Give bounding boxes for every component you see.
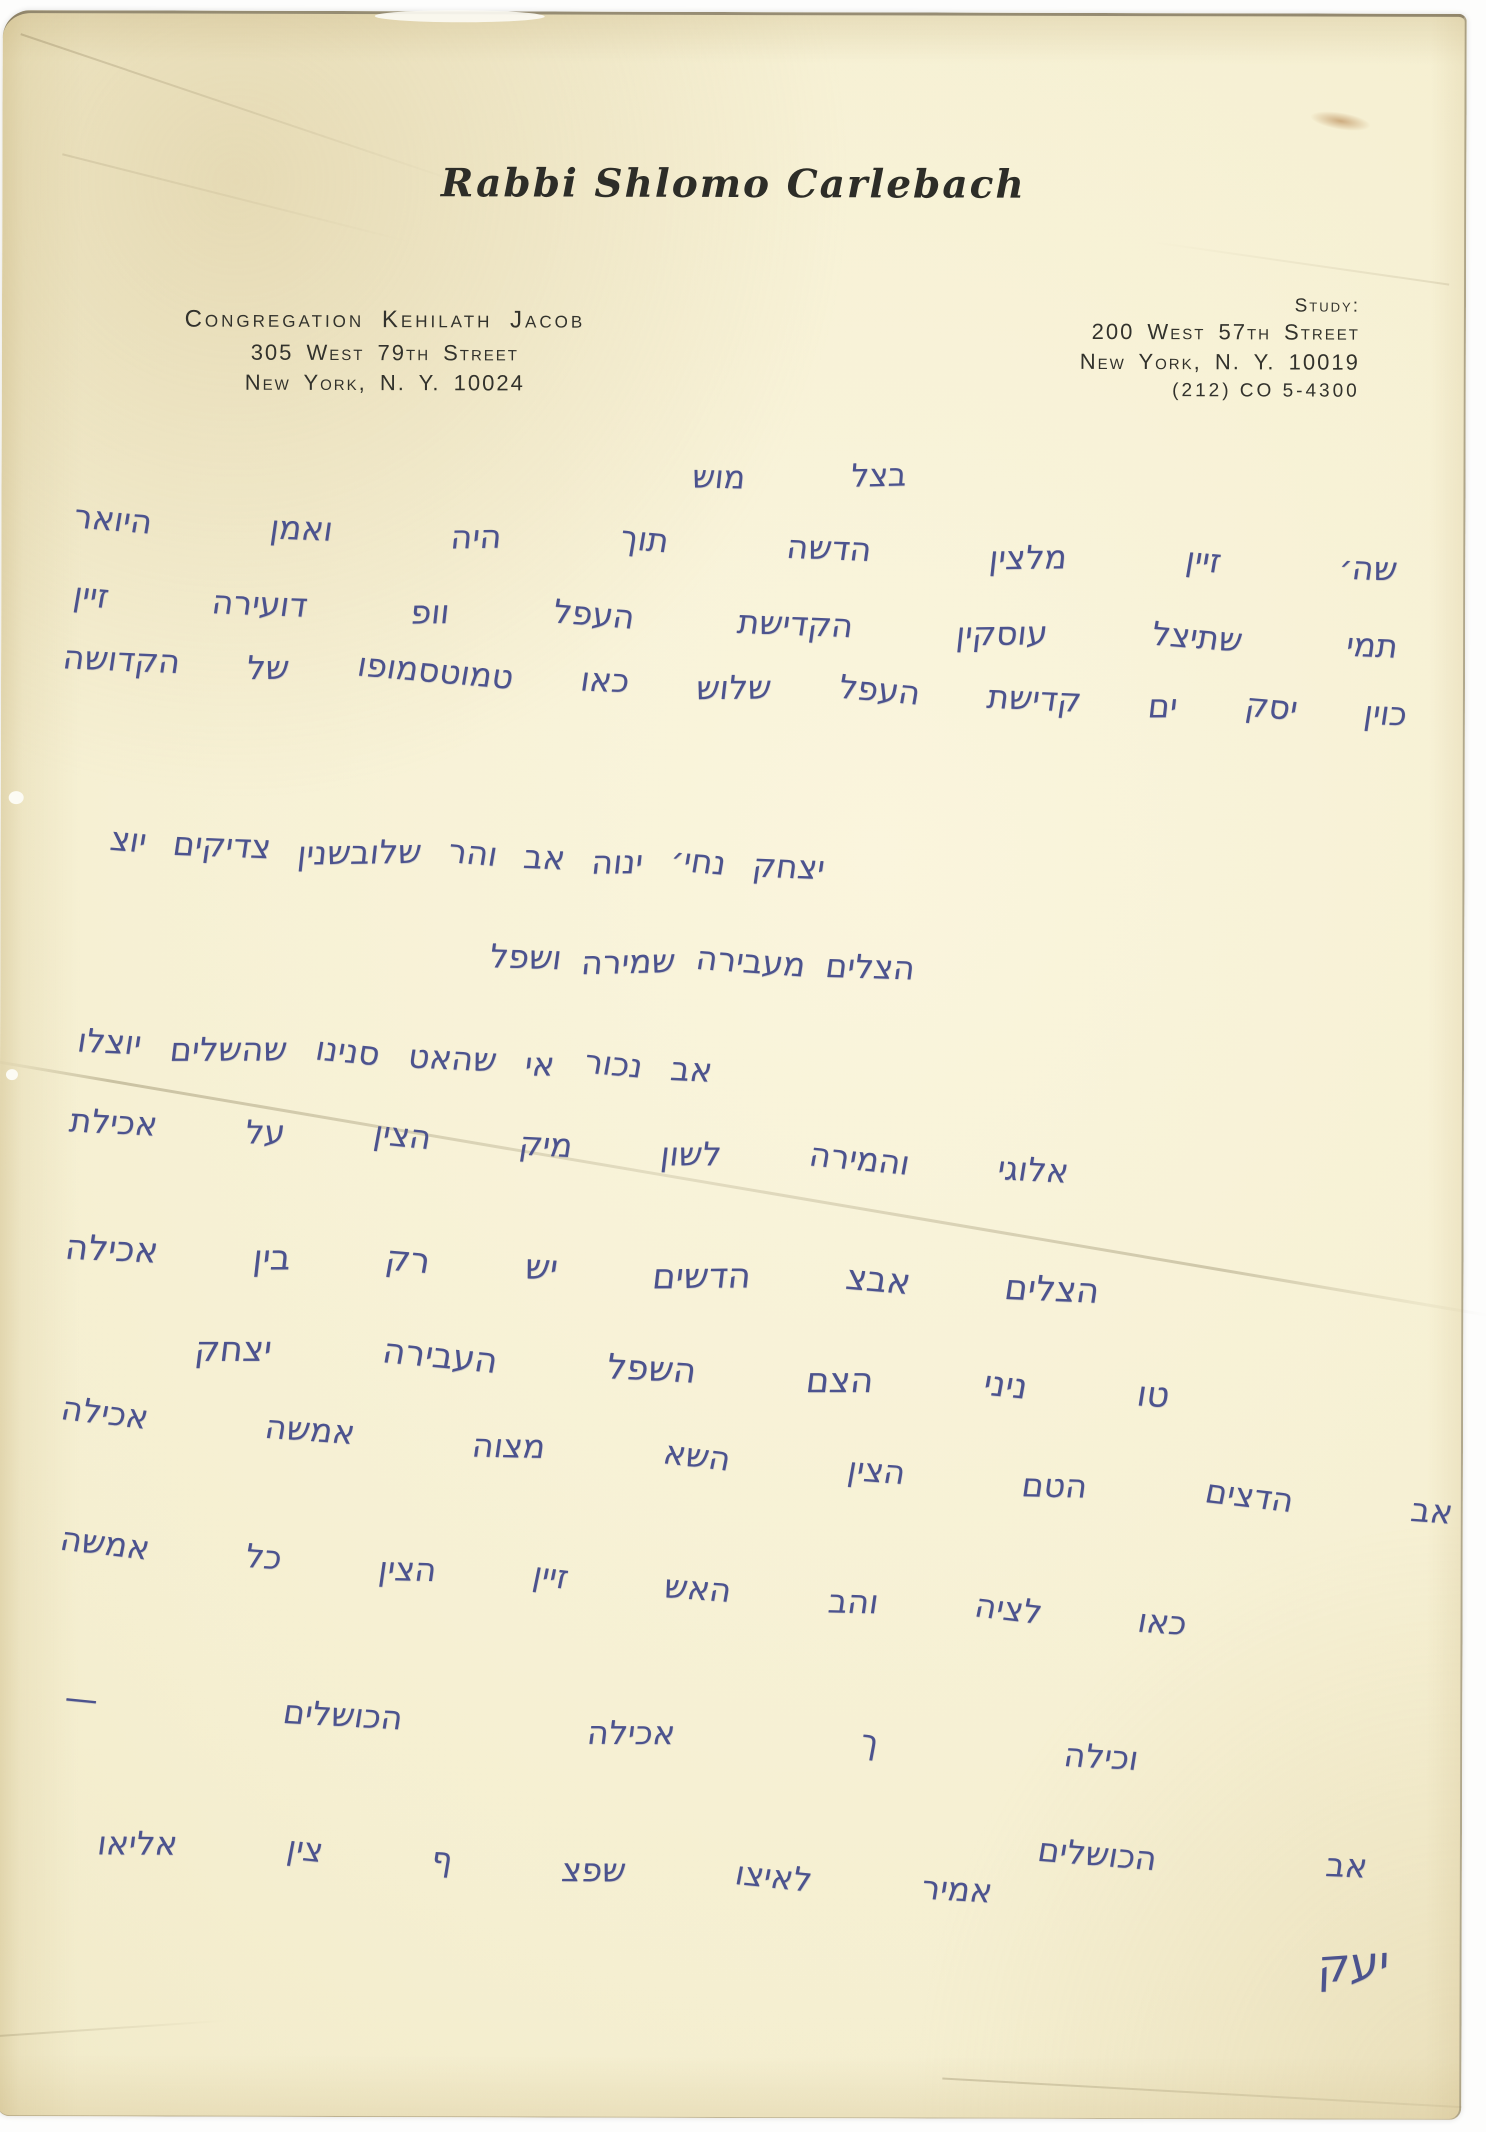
handwritten-line: יעק [1273, 1935, 1391, 1997]
handwritten-word: מוש [690, 457, 747, 496]
handwritten-word: — [62, 1677, 102, 1719]
study-street: 200 West 57th Street [940, 317, 1360, 348]
handwritten-word: אמיר [918, 1868, 995, 1911]
handwritten-word: אב [1323, 1845, 1370, 1885]
handwritten-word: על [243, 1113, 287, 1152]
handwritten-word: יצחק [192, 1330, 274, 1370]
paper-fleck [6, 1069, 18, 1080]
handwritten-word: העבירה [379, 1331, 501, 1382]
handwritten-word: צין [284, 1828, 327, 1870]
handwritten-word: בין [250, 1238, 292, 1278]
handwritten-word: השפל [604, 1347, 700, 1391]
scan-background: Rabbi Shlomo Carlebach Congregation Kehi… [0, 0, 1486, 2132]
handwritten-word: בצל [850, 455, 909, 494]
handwritten-word: וכילה [1061, 1735, 1141, 1778]
handwritten-word: העפל [836, 667, 924, 713]
handwritten-word: דועירה [209, 582, 310, 624]
handwritten-word: נחי׳ [667, 839, 729, 882]
handwritten-word: רק [383, 1239, 434, 1283]
handwritten-word: לציה [972, 1586, 1046, 1632]
letterhead-study-address: Study: 200 West 57th Street New York, N.… [940, 294, 1360, 406]
handwritten-word: יוצ [108, 819, 150, 861]
handwritten-word: הצין [376, 1549, 439, 1589]
handwritten-word: השא [660, 1432, 734, 1478]
handwritten-word: יצחק [750, 846, 827, 888]
handwritten-word: כאו [1135, 1601, 1190, 1643]
handwritten-word: הדשים [650, 1257, 753, 1298]
letterhead-congregation-address: Congregation Kehilath Jacob 305 West 79t… [130, 305, 640, 398]
letterhead: Rabbi Shlomo Carlebach Congregation Kehi… [3, 13, 1465, 17]
handwritten-word: הצם [804, 1361, 876, 1401]
handwritten-word: הדשה [784, 527, 874, 569]
handwritten-word: ינוה [590, 842, 646, 882]
handwritten-word: צדיקים [170, 824, 273, 866]
handwritten-word: שלוש [694, 668, 773, 707]
handwritten-word: הכושלים [280, 1692, 405, 1737]
handwritten-word: אב [521, 837, 568, 877]
phone-number: (212) CO 5-4300 [940, 377, 1360, 406]
congregation-street: 305 West 79th Street [130, 337, 640, 368]
handwritten-word: העפל [550, 591, 638, 636]
handwritten-line: שה׳זייןמלציןהדשהתוךהיהואמןהיואר [73, 500, 1399, 589]
handwritten-word: ים [1146, 686, 1180, 725]
handwritten-word: הצלים [1002, 1268, 1102, 1312]
handwritten-word: הדצים [1202, 1471, 1297, 1520]
letter-paper: Rabbi Shlomo Carlebach Congregation Kehi… [0, 10, 1467, 2120]
handwritten-word: שמירה [580, 941, 678, 982]
handwritten-line: כאולציהוהבהאשזייןהציןכלאמשה [59, 1522, 1189, 1643]
handwritten-word: מלצין [987, 537, 1069, 577]
handwritten-word: קדישת [984, 677, 1084, 720]
handwritten-line: אבנכוראישהאטסנינושהשליםיוצלו [77, 1020, 713, 1089]
handwritten-word: יש [522, 1247, 561, 1288]
handwritten-word: יוצלו [75, 1021, 145, 1063]
handwritten-word: זיין [71, 574, 113, 616]
bottom-crease [942, 2078, 1461, 2109]
paper-fleck [9, 791, 24, 804]
handwritten-word: נכור [581, 1042, 646, 1086]
handwritten-word: תוך [617, 518, 672, 561]
handwritten-word: ניני [980, 1364, 1031, 1408]
handwritten-word: אמשה [57, 1519, 153, 1568]
handwritten-word: כאו [578, 659, 632, 700]
handwritten-word: זיין [530, 1554, 573, 1597]
handwritten-line: טוניניהצםהשפלהעבירהיצחק [194, 1326, 1170, 1416]
handwritten-word: טו [1134, 1375, 1172, 1416]
handwritten-word: עוסקין [955, 613, 1051, 653]
handwritten-line: אלוגיוהמירהלשוןמיקהציןעלאכילת [69, 1100, 1070, 1190]
study-city: New York, N. Y. 10019 [940, 347, 1360, 378]
handwritten-word: אב [668, 1049, 715, 1090]
handwritten-line: הצליםאבצהדשיםישרקביןאכילה [65, 1228, 1101, 1312]
handwritten-word: אמשה [263, 1407, 359, 1452]
handwritten-word: שפצ [560, 1850, 629, 1889]
handwritten-word: והר [445, 831, 500, 874]
handwritten-word: האש [662, 1566, 736, 1609]
bottom-crease [0, 2020, 227, 2037]
handwritten-word: יסק [1242, 685, 1301, 728]
handwritten-word: מעבירה [693, 938, 808, 985]
handwritten-word: הטם [1020, 1466, 1091, 1506]
handwritten-line: אבהכושלים [1037, 1834, 1368, 1885]
handwritten-word: הצין [371, 1113, 435, 1157]
handwritten-word: ואמן [268, 508, 336, 549]
handwritten-word: שה׳ [1336, 548, 1400, 589]
handwritten-word: והב [825, 1582, 881, 1622]
handwritten-word: יעק [1317, 1935, 1391, 1994]
handwritten-word: היה [449, 517, 504, 557]
congregation-city: New York, N. Y. 10024 [130, 367, 640, 398]
handwritten-word: והמירה [806, 1135, 913, 1183]
handwritten-word: מצוה [470, 1426, 549, 1466]
handwritten-word: אכילה [585, 1713, 678, 1752]
handwritten-word: שהשלים [167, 1030, 289, 1069]
handwritten-word: כוין [1361, 693, 1410, 734]
handwritten-word: אליאו [95, 1824, 180, 1863]
handwritten-word: אלוגי [995, 1148, 1072, 1190]
handwritten-word: הצין [844, 1449, 908, 1492]
study-label: Study: [940, 294, 1360, 318]
handwritten-word: אכילה [63, 1228, 161, 1272]
handwritten-word: כל [243, 1536, 286, 1577]
handwritten-word: ושפל [487, 936, 564, 977]
handwritten-word: מיק [516, 1124, 575, 1165]
handwritten-word: שתיצל [1149, 614, 1246, 660]
congregation-name: Congregation Kehilath Jacob [130, 305, 640, 334]
handwritten-word: תמי [1343, 625, 1400, 666]
edge-tear [375, 10, 545, 22]
handwritten-word: הכושלים [1035, 1830, 1160, 1878]
handwritten-word: אכילת [67, 1101, 160, 1144]
stain-mark [1310, 108, 1372, 134]
handwritten-word: שהאט [405, 1036, 499, 1079]
handwritten-word: אבצ [843, 1258, 914, 1303]
handwritten-word: וופ [408, 592, 451, 631]
handwritten-word: ף [429, 1839, 456, 1879]
handwritten-word: אי [523, 1045, 557, 1084]
handwritten-word: אכילה [58, 1388, 152, 1437]
handwritten-word: זיין [1183, 539, 1225, 581]
handwritten-line: וכילהךאכילההכושלים— [64, 1680, 1140, 1778]
letterhead-name: Rabbi Shlomo Carlebach [2, 159, 1464, 209]
handwritten-line: יצחקנחי׳ינוהאבוהרשלובשניןצדיקיםיוצ [110, 821, 826, 887]
handwritten-word: הקדישת [735, 602, 856, 645]
handwritten-word: לאיצו [732, 1853, 815, 1899]
handwritten-word: סנינו [313, 1029, 384, 1074]
handwritten-line: בצלמוש [692, 455, 908, 498]
handwritten-word: טמוטסמופו [354, 645, 516, 697]
handwritten-line: אבהדציםהטםהציןהשאמצוהאמשהאכילה [60, 1392, 1454, 1532]
handwritten-word: אב [1408, 1490, 1456, 1532]
handwritten-word: היואר [71, 496, 156, 541]
handwritten-body: בצלמוששה׳זייןמלציןהדשהתוךהיהואמןהיוארתמי… [3, 13, 1465, 17]
handwritten-word: של [245, 648, 292, 687]
handwritten-word: ך [858, 1722, 883, 1762]
handwritten-word: לשון [658, 1134, 723, 1173]
handwritten-word: הקדושה [61, 637, 184, 681]
handwritten-word: הצלים [823, 946, 917, 987]
handwritten-line: הצליםמעבירהשמירהושפל [489, 936, 915, 987]
handwritten-line: אמירלאיצושפצףציןאליאו [97, 1819, 993, 1910]
handwritten-word: שלובשנין [295, 832, 423, 873]
corner-crease [1152, 241, 1449, 286]
